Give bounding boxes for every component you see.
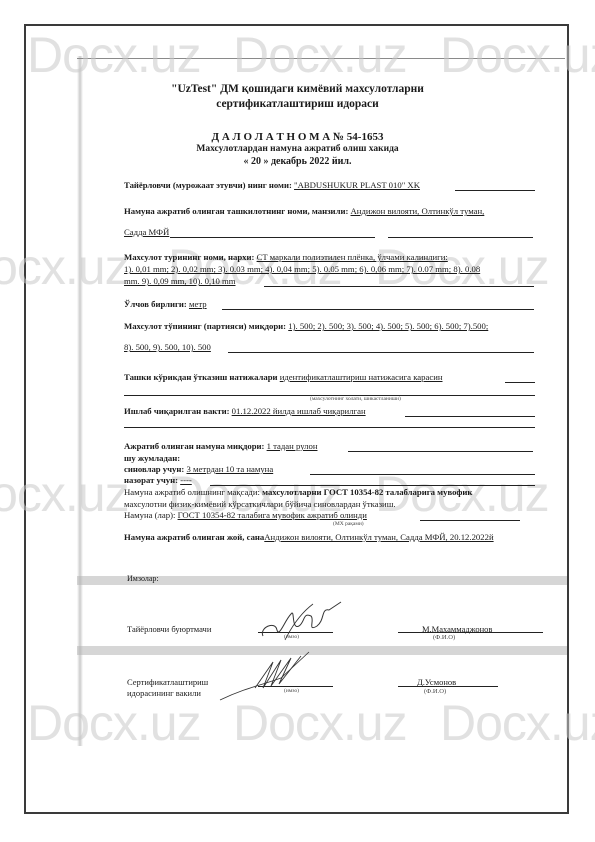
samples-caption: (МХ рақами) xyxy=(333,521,364,527)
fill-line xyxy=(505,382,535,383)
unit-label: Ўлчов бирлиги: xyxy=(124,299,187,309)
fill-line xyxy=(405,416,535,417)
production-row: Ишлаб чиқарилган вакти: 01.12.2022 йилда… xyxy=(124,406,366,416)
batch-value: 1). 500; 2). 500; 3). 500; 4). 500; 5). … xyxy=(288,321,488,331)
fill-line xyxy=(388,237,533,238)
purpose-label: Намуна ажратиб олишнинг мақсади: xyxy=(124,487,260,497)
customer-name-caption: (Ф.И.О) xyxy=(433,634,455,641)
fill-line xyxy=(310,474,535,475)
sample-qty-label: Ажратиб олинган намуна миқдори: xyxy=(124,441,264,451)
control-row: назорат учун: ---- xyxy=(124,475,192,485)
control-label: назорат учун: xyxy=(124,475,178,485)
certifier-name-caption: (Ф.И.О) xyxy=(424,688,446,695)
unit-value: метр xyxy=(189,299,207,309)
customer-signature xyxy=(255,600,345,645)
signatures-label: Имзолар: xyxy=(127,574,159,583)
name-line xyxy=(398,632,543,633)
inspection-row: Ташки кўрикдан ўтказиш натижалари иденти… xyxy=(124,372,443,382)
unit-row: Ўлчов бирлиги: метр xyxy=(124,299,207,309)
document-title: Д А Л О Л А Т Н О М А № 54-1653 xyxy=(0,131,595,143)
production-label: Ишлаб чиқарилган вакти: xyxy=(124,406,229,416)
document-subtitle: Махсулотлардан намуна ажратиб олиш хакид… xyxy=(0,144,595,154)
certifier-role-2: идорасининг вакили xyxy=(127,688,201,698)
product-label: Махсулот турининг номи, нархи: xyxy=(124,252,254,262)
place-label: Намуна ажратиб олинган жой, сана xyxy=(124,532,264,542)
production-value: 01.12.2022 йилда ишлаб чиқарилган xyxy=(232,406,366,416)
org-name-line1: "UzTest" ДМ қошидаги кимёвий махсулотлар… xyxy=(0,83,595,95)
fill-line xyxy=(210,485,535,486)
name-line xyxy=(398,686,498,687)
sample-qty-value: 1 тадан рулон xyxy=(267,441,318,451)
fill-line xyxy=(170,237,375,238)
product-value-cont: 1). 0,01 mm; 2). 0,02 mm; 3). 0.03 mm; 4… xyxy=(124,264,480,274)
purpose-row: Намуна ажратиб олишнинг мақсади: махсуло… xyxy=(124,487,472,497)
manufacturer-label: Тайёрловчи (мурожаат этувчи) нинг номи: xyxy=(124,180,292,190)
tests-row: синовлар учун: 3 метрдан 10 та намуна xyxy=(124,464,273,474)
scan-edge-line xyxy=(77,58,565,59)
manufacturer-value: "ABDUSHUKUR PLAST 010" XK xyxy=(294,180,420,190)
purpose-value-cont: махсулотни физик-кимёвий кўрсаткичлари б… xyxy=(124,499,396,509)
inspection-label: Ташки кўрикдан ўтказиш натижалари xyxy=(124,372,278,382)
fill-line xyxy=(228,352,534,353)
product-row: Махсулот турининг номи, нархи: CT маркал… xyxy=(124,252,448,262)
customer-role: Тайёрловчи буюртмачи xyxy=(127,624,211,634)
place-value: Андижон вилояти, Олтинкўл туман, Садда М… xyxy=(264,532,493,542)
samples-label: Намуна (лар): xyxy=(124,510,175,520)
product-value-cont: mm. 9). 0,09 mm, 10). 0,10 mm xyxy=(124,276,236,286)
fill-line xyxy=(264,286,534,287)
batch-label: Махсулот тўпининг (партияси) миқдори: xyxy=(124,321,286,331)
product-value: CT маркали полиэтилен плёнка, ўлчами кал… xyxy=(257,252,448,262)
org-name-line2: сертификатлаштириш идораси xyxy=(0,98,595,110)
org-value: Андижон вилояти, Олтинкўл туман, xyxy=(351,206,485,216)
tests-label: синовлар учун: xyxy=(124,464,184,474)
fill-line xyxy=(222,309,534,310)
place-row: Намуна ажратиб олинган жой, санаАндижон … xyxy=(124,532,494,542)
manufacturer-row: Тайёрловчи (мурожаат этувчи) нинг номи: … xyxy=(124,180,420,190)
inspection-value: идентификатлаштириш натижасига карасин xyxy=(280,372,443,382)
fill-line xyxy=(124,427,535,428)
purpose-value: махсулотларни ГОСТ 10354-82 талабларига … xyxy=(262,487,472,497)
org-label: Намуна ажратиб олинган ташкилотнинг номи… xyxy=(124,206,348,216)
certifier-signature xyxy=(215,648,325,703)
batch-value-cont: 8). 500, 9). 500, 10). 500 xyxy=(124,342,211,352)
tests-value: 3 метрдан 10 та намуна xyxy=(186,464,273,474)
fill-line xyxy=(348,451,533,452)
samples-row: Намуна (лар): ГОСТ 10354-82 талабига мув… xyxy=(124,510,367,520)
fill-line xyxy=(420,520,520,521)
certifier-role-1: Сертификатлаштириш xyxy=(127,677,208,687)
inspection-caption: (махсулотнинг холати, шикастланиши) xyxy=(310,396,401,402)
fill-line xyxy=(455,190,535,191)
samples-value: ГОСТ 10354-82 талабига мувофик ажратиб о… xyxy=(178,510,367,520)
including-label: шу жумладан: xyxy=(124,453,180,463)
control-value: ---- xyxy=(180,475,192,485)
org-value-cont: Садда МФЙ xyxy=(124,227,169,237)
batch-row: Махсулот тўпининг (партияси) миқдори: 1)… xyxy=(124,321,488,331)
sample-qty-row: Ажратиб олинган намуна миқдори: 1 тадан … xyxy=(124,441,317,451)
org-row: Намуна ажратиб олинган ташкилотнинг номи… xyxy=(124,206,484,216)
document-date: « 20 » декабрь 2022 йил. xyxy=(0,156,595,167)
